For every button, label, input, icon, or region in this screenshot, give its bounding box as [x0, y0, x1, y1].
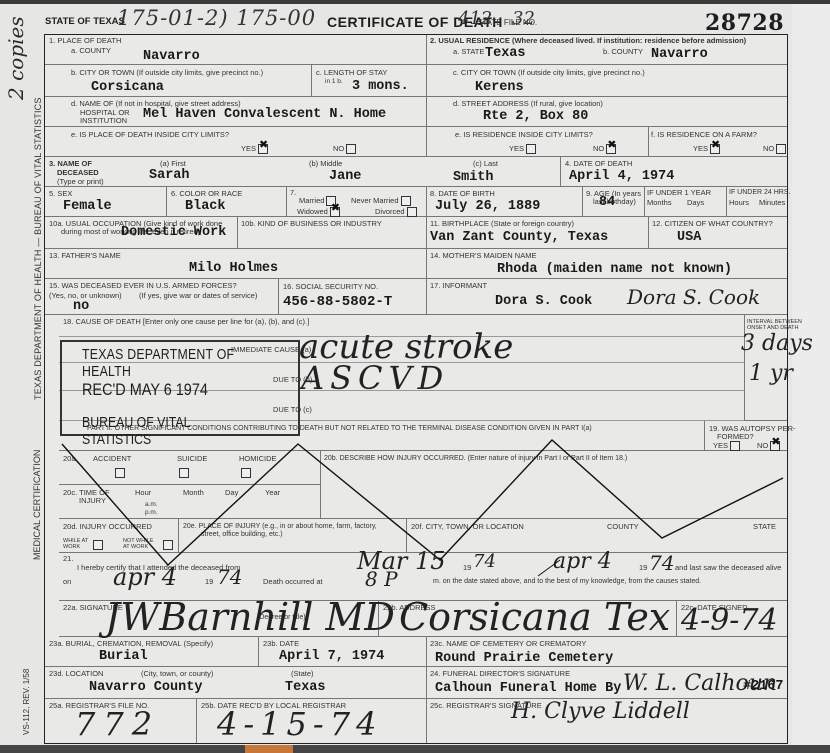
void-zigzag-line [0, 0, 830, 753]
scan-marker [245, 745, 293, 753]
scan-bottom-edge [0, 745, 830, 753]
